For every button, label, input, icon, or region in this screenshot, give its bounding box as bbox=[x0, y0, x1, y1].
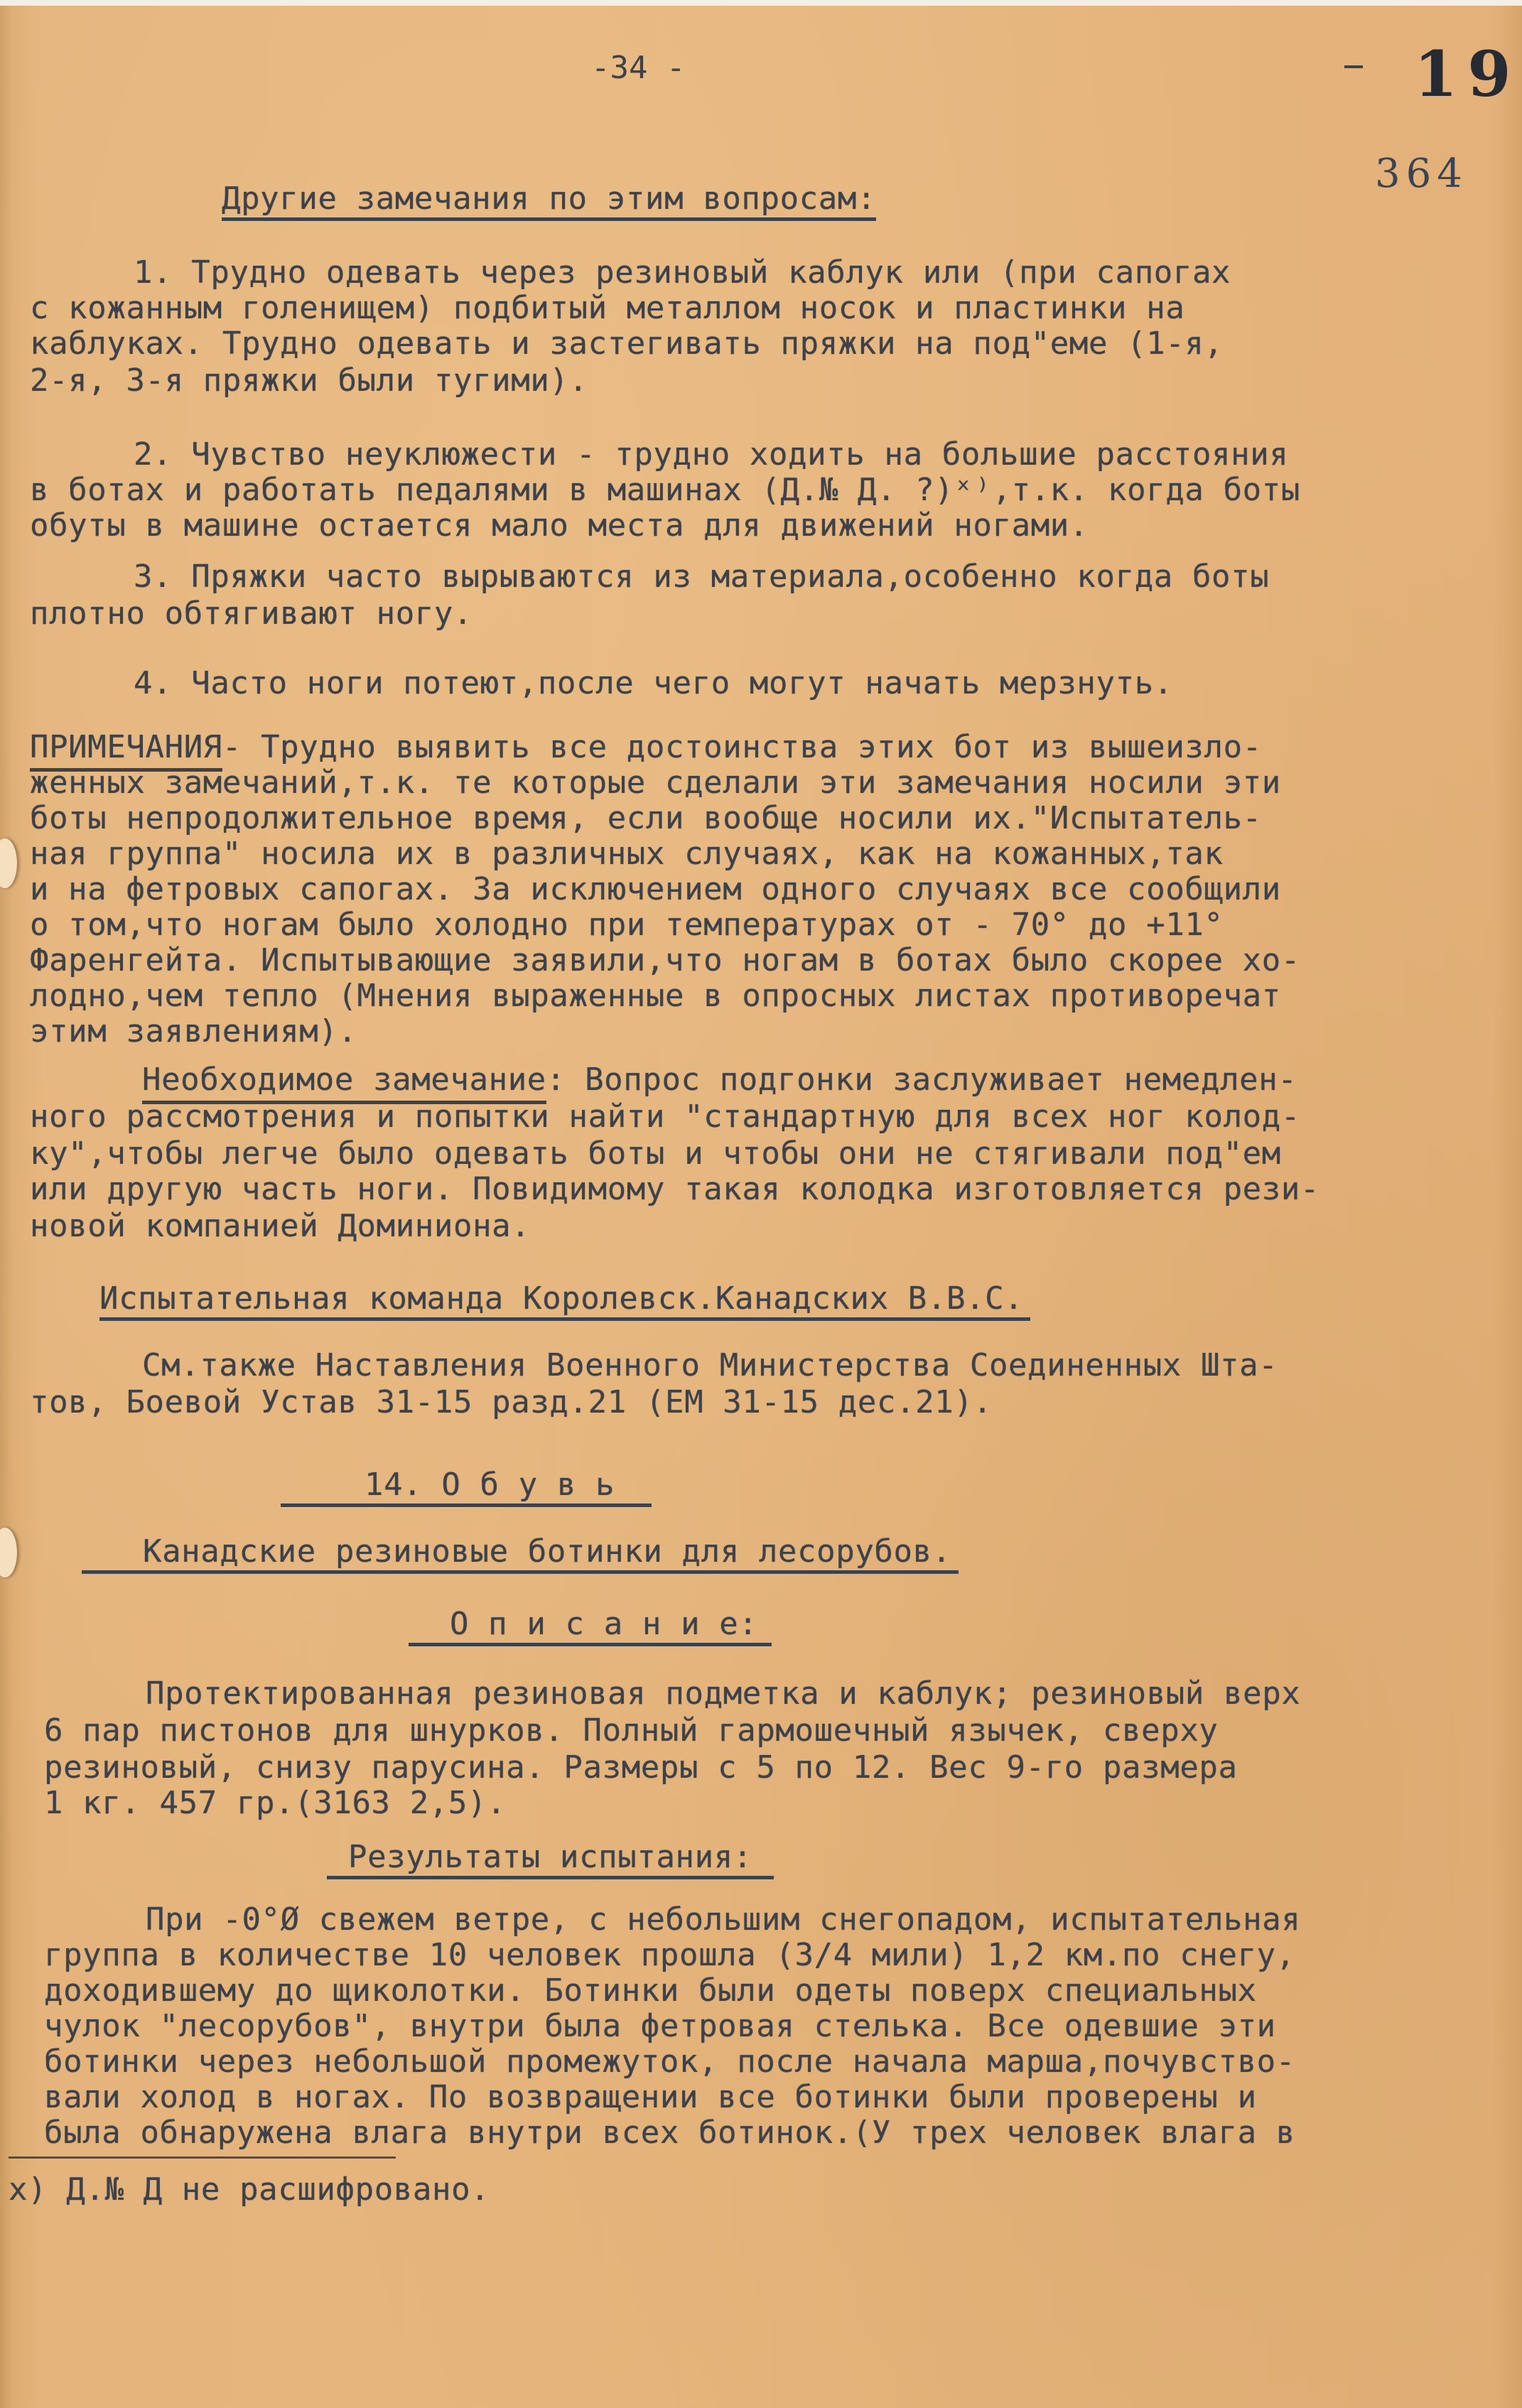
remark-1-line: каблуках. Трудно одевать и застегивать п… bbox=[30, 328, 1224, 360]
binding-hole bbox=[0, 1528, 17, 1577]
section-14-heading: 14. О б у в ь bbox=[281, 1469, 652, 1507]
results-heading: Результаты испытания: bbox=[327, 1842, 774, 1879]
binding-hole bbox=[0, 838, 17, 888]
description-line: резиновый, снизу парусина. Размеры с 5 п… bbox=[44, 1752, 1238, 1783]
necessary-remark-line: или другую часть ноги. Повидимому такая … bbox=[30, 1174, 1319, 1205]
remark-2-line: в ботах и работать педалями в машинах (Д… bbox=[30, 475, 1300, 506]
folio-dash bbox=[1344, 65, 1363, 68]
necessary-remark-line: ного рассмотрения и попытки найти "станд… bbox=[30, 1101, 1300, 1133]
results-line: вали холод в ногах. По возвращении все б… bbox=[44, 2082, 1257, 2113]
notes-line: этим заявлениям). bbox=[30, 1016, 357, 1047]
notes-line: о том,что ногам было холодно при темпера… bbox=[30, 909, 1224, 941]
footnote: х) Д.№ Д не расшифровано. bbox=[9, 2174, 490, 2205]
notes-line: ная группа" носила их в различных случая… bbox=[30, 838, 1224, 870]
remark-2-line: 2. Чувство неуклюжести - трудно ходить н… bbox=[134, 439, 1288, 470]
remark-4-line: 4. Часто ноги потеют,после чего могут на… bbox=[134, 668, 1173, 699]
necessary-remark-line: новой компанией Доминиона. bbox=[30, 1211, 530, 1242]
remark-3-line: плотно обтягивают ногу. bbox=[30, 598, 473, 630]
remark-1-line: 1. Трудно одевать через резиновый каблук… bbox=[134, 257, 1231, 288]
notes-first-line: ПРИМЕЧАНИЯ- Трудно выявить все достоинст… bbox=[30, 732, 1262, 763]
notes-line: лодно,чем тепло (Мнения выраженные в опр… bbox=[30, 981, 1281, 1012]
results-line: чулок "лесорубов", внутри была фетровая … bbox=[44, 2011, 1276, 2042]
remark-1-line: 2-я, 3-я пряжки были тугими). bbox=[30, 365, 588, 396]
necessary-remark-first-line: Необходимое замечание: Вопрос подгонки з… bbox=[142, 1064, 1297, 1096]
results-line: При -0°Ø свежем ветре, с небольшим снего… bbox=[146, 1904, 1300, 1935]
see-also-line: См.также Наставления Военного Министерст… bbox=[142, 1350, 1278, 1381]
necessary-remark-line: ку",чтобы легче было одевать боты и чтоб… bbox=[30, 1138, 1281, 1170]
description-line: 6 пар пистонов для шнурков. Полный гармо… bbox=[44, 1715, 1219, 1746]
necessary-remark-label: Необходимое замечание bbox=[142, 1062, 546, 1104]
remark-2-line: обуты в машине остается мало места для д… bbox=[30, 510, 1089, 541]
results-line: группа в количестве 10 человек прошла (3… bbox=[44, 1940, 1295, 1971]
see-also-line: тов, Боевой Устав 31-15 разд.21 (ЕМ 31-1… bbox=[30, 1387, 993, 1418]
footnote-rule bbox=[9, 2156, 396, 2159]
notes-line: боты непродолжительное время, если вообщ… bbox=[30, 803, 1262, 834]
notes-line: Фаренгейта. Испытывающие заявили,что ног… bbox=[30, 945, 1300, 976]
notes-line: - Трудно выявить все достоинства этих бо… bbox=[222, 729, 1262, 765]
scan-top-edge bbox=[0, 0, 1522, 6]
section-14-subheading: Канадские резиновые ботинки для лесорубо… bbox=[82, 1536, 959, 1574]
notes-line: и на фетровых сапогах. За исключением од… bbox=[30, 874, 1281, 905]
results-line: была обнаружена влага внутри всех ботино… bbox=[44, 2117, 1295, 2149]
results-line: ботинки через небольшой промежуток, посл… bbox=[44, 2046, 1295, 2078]
page-number: -34 - bbox=[591, 50, 685, 86]
remark-1-line: с кожанным голенищем) подбитый металлом … bbox=[30, 293, 1184, 324]
archive-number: 364 bbox=[1375, 151, 1468, 197]
signature-line: Испытательная команда Королевск.Канадски… bbox=[99, 1283, 1030, 1321]
remark-3-line: 3. Пряжки часто вырываются из материала,… bbox=[134, 561, 1269, 593]
description-line: Протектированная резиновая подметка и ка… bbox=[146, 1678, 1300, 1710]
folio-number: 19 bbox=[1414, 37, 1521, 111]
necessary-remark-line: : Вопрос подгонки заслуживает немедлен- bbox=[546, 1062, 1297, 1098]
results-line: доходившему до щиколотки. Ботинки были о… bbox=[44, 1975, 1257, 2007]
notes-line: женных замечаний,т.к. те которые сделали… bbox=[30, 767, 1281, 799]
description-heading: О п и с а н и е: bbox=[409, 1609, 772, 1646]
document-page: -34 - 19 364 Другие замечания по этим во… bbox=[0, 0, 1522, 2408]
description-line: 1 кг. 457 гр.(3163 2,5). bbox=[44, 1788, 506, 1819]
section-heading-other-remarks: Другие замечания по этим вопросам: bbox=[222, 183, 876, 221]
